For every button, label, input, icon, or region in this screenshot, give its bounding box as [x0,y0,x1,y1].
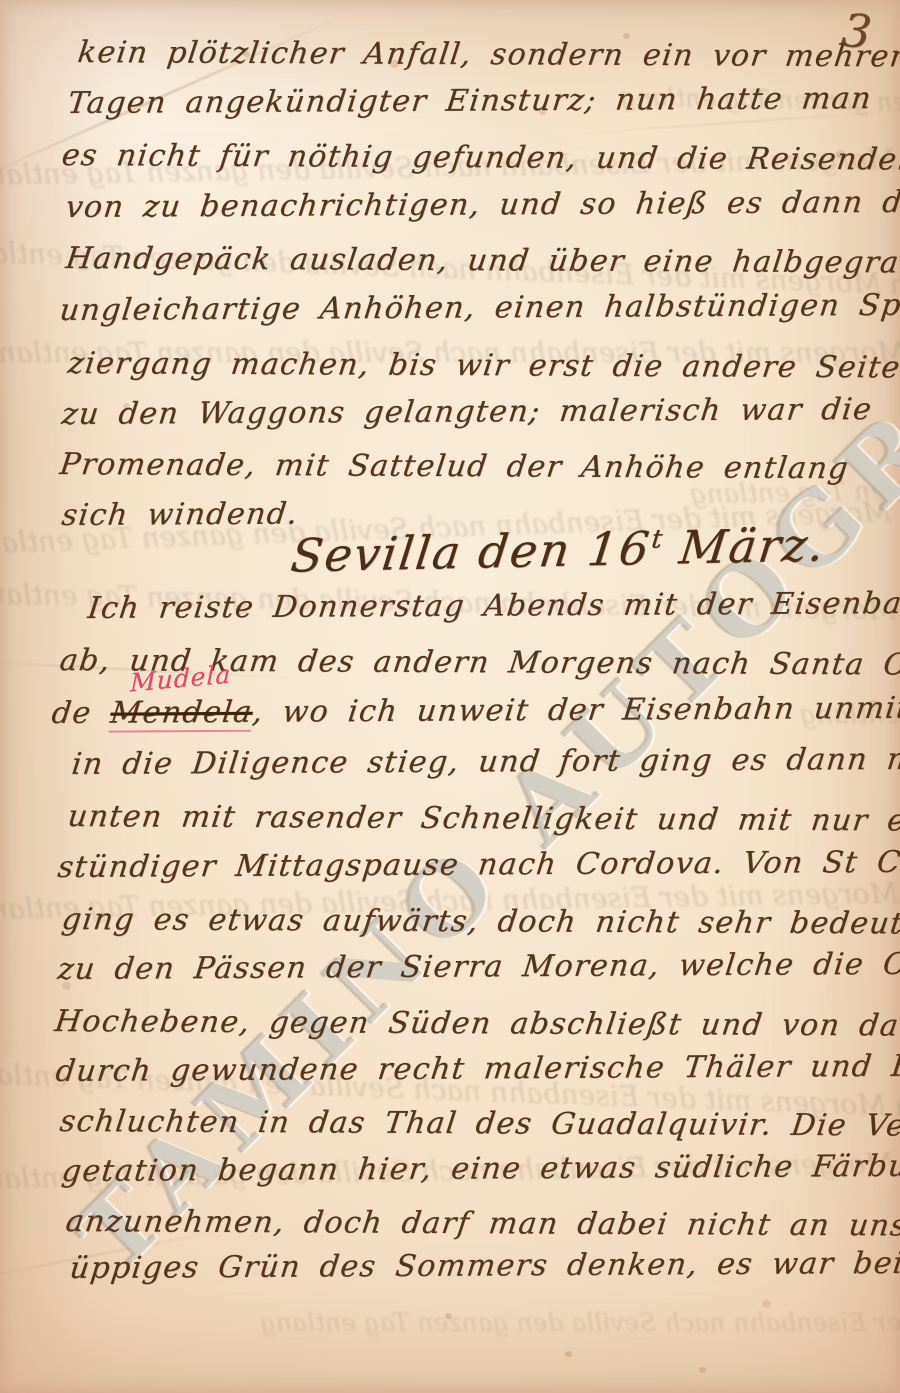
line-suffix: , wo ich unweit der Eisenbahn unmittelba… [251,690,900,730]
manuscript-page: und kam des andern Morgens mit der Eisen… [0,0,900,1393]
dateline-heading: Sevilla den 16t März. [289,521,829,578]
line-prefix: de [50,696,113,731]
handwritten-line: zu den Pässen der Sierra Morena, welche … [56,949,900,985]
handwritten-line: unten mit rasender Schnelligkeit und mit… [66,802,900,837]
handwritten-line: stündiger Mittagspause nach Cordova. Von… [56,848,900,883]
handwritten-line: Hochebene, gegen Süden abschließt und vo… [53,1007,900,1042]
handwritten-line: anzunehmen, doch darf man dabei nicht an… [64,1207,900,1242]
handwritten-line: ziergang machen, bis wir erst die andere… [66,349,900,383]
handwritten-line: getation begann hier, eine etwas südlich… [60,1152,900,1187]
handwritten-line: ungleichartige Anhöhen, einen halbstündi… [58,291,900,326]
handwritten-line: in die Diligence stieg, und fort ging es… [70,745,900,780]
handwritten-line: kein plötzlicher Anfall, sondern ein vor… [76,38,900,72]
dateline-text: Sevilla den 16 [288,521,654,582]
handwritten-line: schluchten in das Thal des Guadalquivir.… [58,1107,900,1141]
dateline-text: März. [660,517,829,574]
foxing-spots [0,0,5,4]
handwritten-line: üppiges Grün des Sommers denken, es war … [68,1249,900,1284]
handwritten-line: Handgepäck ausladen, und über eine halbg… [64,244,900,279]
handwritten-line: es nicht für nöthig gefunden, und die Re… [60,141,900,176]
handwritten-line-corrected: de Mendela, wo ich unweit der Eisenbahn … [50,693,900,729]
bleedthrough-text: und kam des andern Morgens mit der Eisen… [260,1308,900,1337]
handwritten-line: sich windend. [60,500,300,531]
handwritten-line: Promenade, mit Sattelud der Anhöhe entla… [58,450,851,484]
handwritten-line: zu den Waggons gelangten; malerisch war … [60,395,874,430]
handwritten-line: Tagen angekündigter Einsturz; nun hatte … [66,84,873,119]
handwritten-line: Ich reiste Donnerstag Abends mit der Eis… [86,589,900,624]
handwritten-line: durch gewundene recht malerische Thäler … [54,1051,900,1087]
handwritten-line: ging es etwas aufwärts, doch nicht sehr … [60,905,900,940]
struck-word: Mendela [108,695,254,733]
handwritten-line: von zu benachrichtigen, und so hieß es d… [64,188,900,223]
